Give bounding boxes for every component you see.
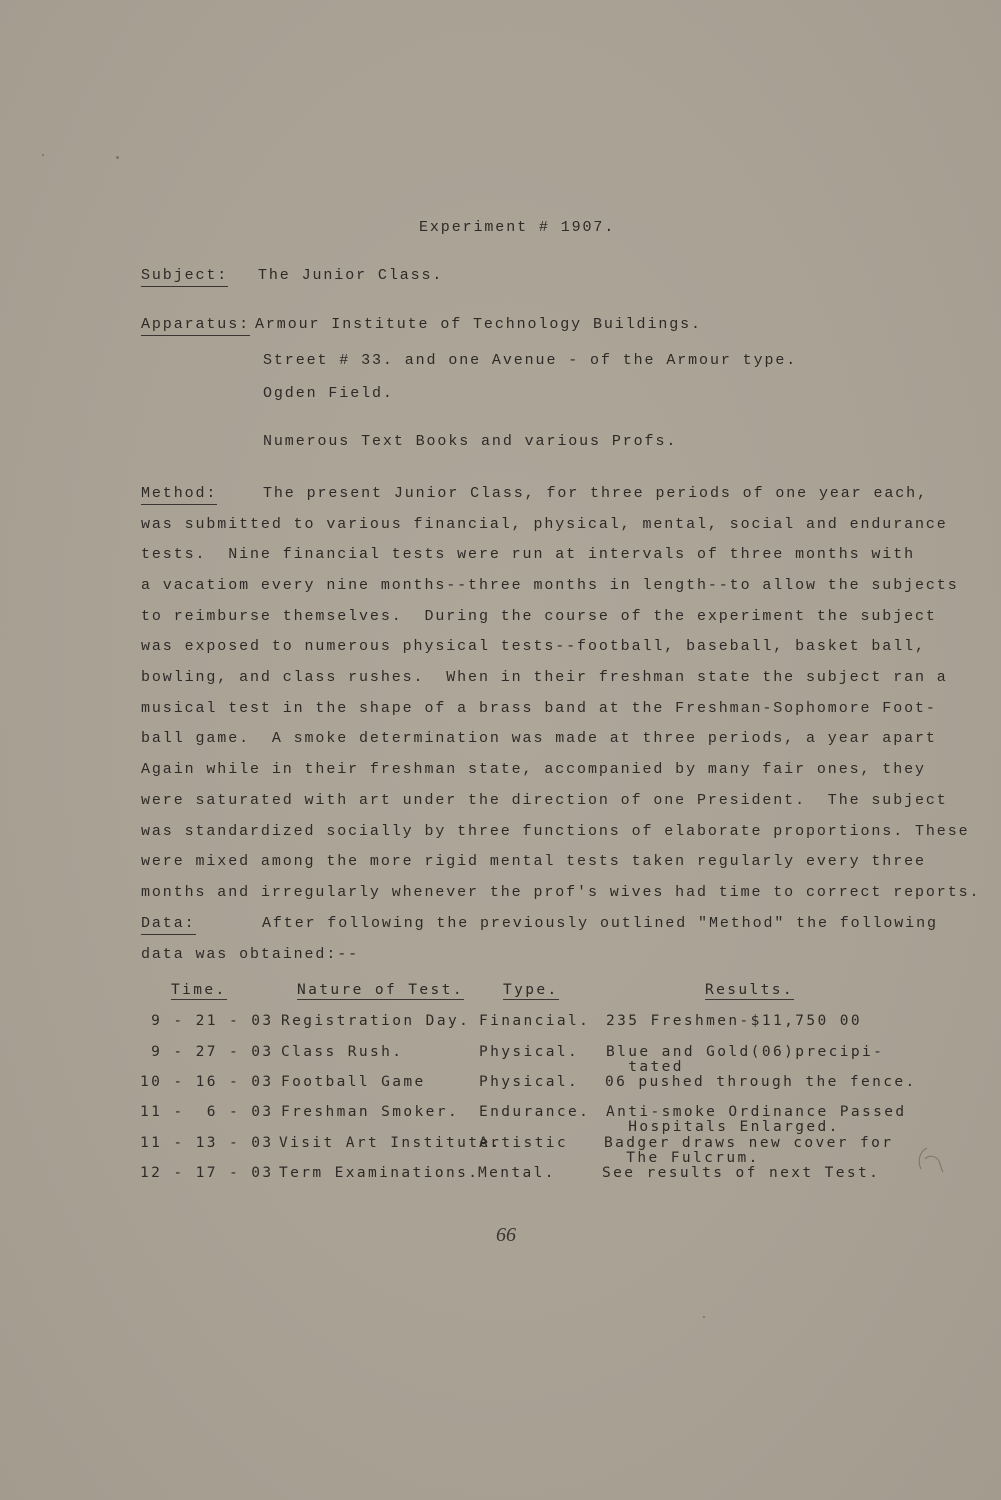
cell-type: Physical. [479, 1075, 579, 1090]
table-header-results: Results. [705, 983, 794, 1000]
paper-speck [703, 1316, 705, 1318]
method-line: a vacatiom every nine months--three mont… [141, 577, 959, 595]
apparatus-line: Numerous Text Books and various Profs. [263, 433, 677, 451]
cell-nature: Registration Day. [281, 1014, 470, 1029]
cell-nature: Term Examinations. [279, 1166, 479, 1181]
cell-time: 11 - 13 - 03 [140, 1136, 274, 1151]
page-number: 66 [496, 1224, 516, 1247]
data-line: After following the previously outlined … [262, 915, 938, 933]
document-page: Experiment # 1907. Subject: The Junior C… [0, 0, 1001, 1500]
cell-result-cont: tated [606, 1060, 684, 1075]
cell-type: Endurance. [479, 1105, 590, 1120]
method-line: were mixed among the more rigid mental t… [141, 853, 926, 871]
method-label: Method: [141, 485, 217, 505]
paper-speck [42, 154, 44, 156]
method-line: Again while in their freshman state, acc… [141, 761, 926, 779]
cell-time: 11 - 6 - 03 [140, 1105, 274, 1120]
method-line: to reimburse themselves. During the cour… [141, 608, 937, 626]
cell-result: See results of next Test. [602, 1166, 880, 1181]
cell-result: 235 Freshmen-$11,750 00 [606, 1014, 862, 1029]
cell-time: 9 - 27 - 03 [140, 1045, 274, 1060]
table-header-nature: Nature of Test. [297, 983, 464, 1000]
subject-value: The Junior Class. [258, 267, 443, 285]
method-line: The present Junior Class, for three peri… [263, 485, 928, 503]
method-line: musical test in the shape of a brass ban… [141, 700, 937, 718]
paper-speck [116, 156, 119, 159]
method-line: was exposed to numerous physical tests--… [141, 638, 926, 656]
cell-result: Blue and Gold(06)precipi- [606, 1045, 884, 1060]
cell-result: 06 pushed through the fence. [605, 1075, 917, 1090]
method-line: was standardized socially by three funct… [141, 823, 970, 841]
cell-time: 12 - 17 - 03 [140, 1166, 274, 1181]
apparatus-line: Ogden Field. [263, 385, 394, 403]
cell-result: Anti-smoke Ordinance Passed [606, 1105, 907, 1120]
pencil-mark-icon [915, 1145, 945, 1175]
cell-type: Artistic [479, 1136, 568, 1151]
cell-nature: Visit Art Institute. [279, 1136, 502, 1151]
cell-nature: Class Rush. [281, 1045, 403, 1060]
cell-time: 10 - 16 - 03 [140, 1075, 274, 1090]
table-header-type: Type. [503, 983, 559, 1000]
cell-type: Financial. [479, 1014, 590, 1029]
method-line: months and irregularly whenever the prof… [141, 884, 980, 902]
method-line: were saturated with art under the direct… [141, 792, 948, 810]
method-line: ball game. A smoke determination was mad… [141, 730, 937, 748]
cell-result-cont: Hospitals Enlarged. [606, 1120, 840, 1135]
method-line: tests. Nine financial tests were run at … [141, 546, 915, 564]
apparatus-line: Street # 33. and one Avenue - of the Arm… [263, 352, 797, 370]
cell-type: Mental. [478, 1166, 556, 1181]
table-header-time: Time. [171, 983, 227, 1000]
cell-result-cont: The Fulcrum. [604, 1151, 760, 1166]
apparatus-label: Apparatus: [141, 316, 250, 336]
subject-label: Subject: [141, 267, 228, 287]
cell-type: Physical. [479, 1045, 579, 1060]
cell-result: Badger draws new cover for [604, 1136, 893, 1151]
document-title: Experiment # 1907. [419, 219, 615, 237]
cell-time: 9 - 21 - 03 [140, 1014, 274, 1029]
data-line: data was obtained:-- [141, 946, 359, 964]
cell-nature: Freshman Smoker. [281, 1105, 459, 1120]
data-label: Data: [141, 915, 196, 935]
method-line: was submitted to various financial, phys… [141, 516, 948, 534]
method-line: bowling, and class rushes. When in their… [141, 669, 948, 687]
cell-nature: Football Game [281, 1075, 426, 1090]
apparatus-line: Armour Institute of Technology Buildings… [255, 316, 702, 334]
